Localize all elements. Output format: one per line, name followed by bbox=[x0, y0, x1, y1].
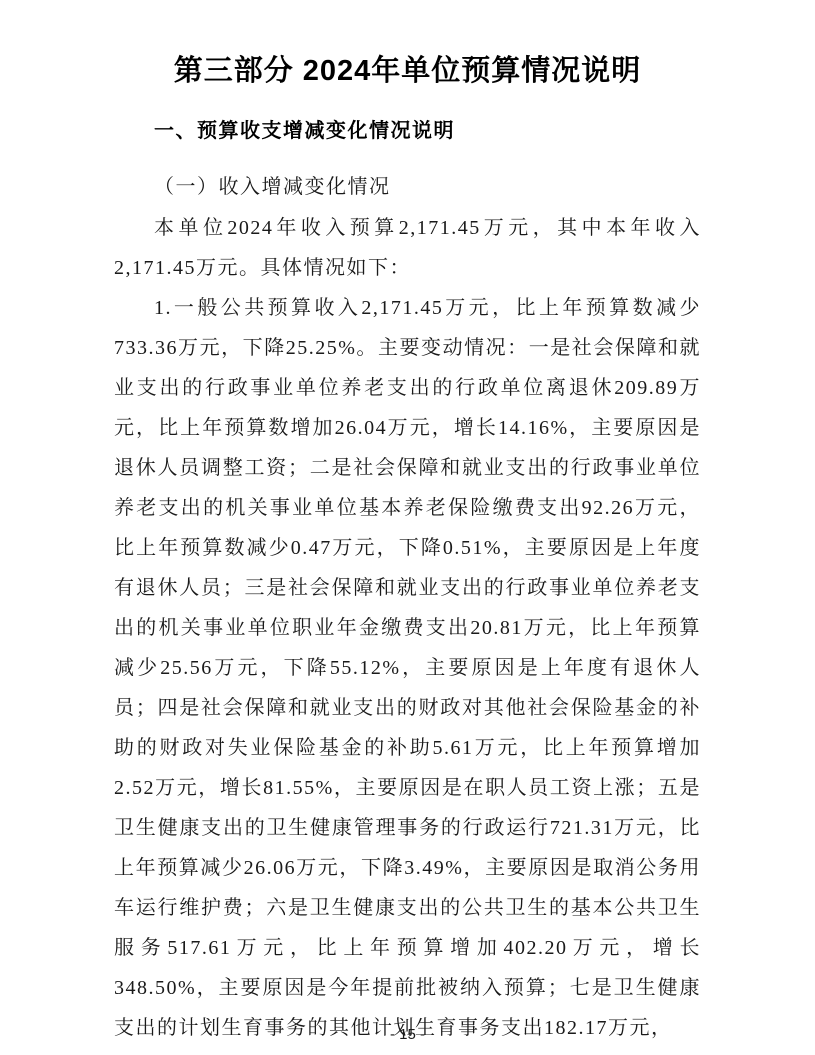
subsection-heading: （一）收入增减变化情况 bbox=[114, 174, 701, 200]
page-number: - 15 - bbox=[0, 1026, 815, 1043]
document-content: 第三部分 2024年单位预算情况说明 一、预算收支增减变化情况说明 （一）收入增… bbox=[0, 52, 815, 1048]
body-text: 本单位2024年收入预算2,171.45万元，其中本年收入2,171.45万元。… bbox=[114, 208, 701, 1048]
paragraph-budget-changes: 1.一般公共预算收入2,171.45万元，比上年预算数减少733.36万元，下降… bbox=[114, 288, 701, 1048]
document-page: 第三部分 2024年单位预算情况说明 一、预算收支增减变化情况说明 （一）收入增… bbox=[0, 0, 815, 1055]
section-heading: 一、预算收支增减变化情况说明 bbox=[114, 118, 701, 144]
paragraph-income-summary: 本单位2024年收入预算2,171.45万元，其中本年收入2,171.45万元。… bbox=[114, 208, 701, 288]
page-title: 第三部分 2024年单位预算情况说明 bbox=[114, 52, 701, 90]
